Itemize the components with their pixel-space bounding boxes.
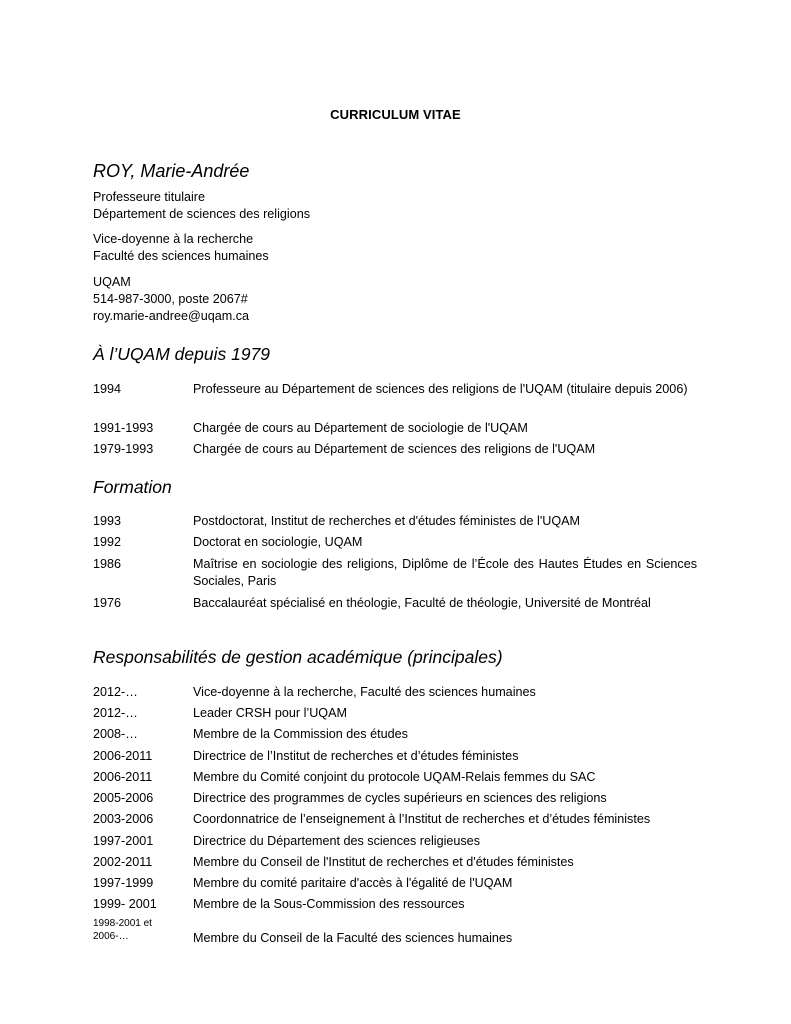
entry-text: Coordonnatrice de l’enseignement à l’Ins… bbox=[193, 811, 697, 828]
cv-page: CURRICULUM VITAE ROY, Marie-Andrée Profe… bbox=[0, 0, 791, 1024]
section-heading-uqam: À l’UQAM depuis 1979 bbox=[93, 344, 270, 365]
entry-year: 1992 bbox=[93, 534, 191, 551]
institution: UQAM bbox=[93, 274, 249, 291]
admin-role-title: Vice-doyenne à la recherche bbox=[93, 231, 269, 248]
entry-text: Directrice des programmes de cycles supé… bbox=[193, 790, 697, 807]
entry-year: 2012-… bbox=[93, 705, 191, 722]
entry-text: Membre du Conseil de l'Institut de reche… bbox=[193, 854, 697, 871]
entry-text: Professeure au Département de sciences d… bbox=[193, 381, 697, 398]
person-name: ROY, Marie-Andrée bbox=[93, 161, 249, 182]
document-title: CURRICULUM VITAE bbox=[0, 107, 791, 122]
entry-year: 1976 bbox=[93, 595, 191, 612]
entry-text: Membre du Comité conjoint du protocole U… bbox=[193, 769, 697, 786]
section-heading-responsabilites: Responsabilités de gestion académique (p… bbox=[93, 647, 503, 668]
entry-text: Directrice de l’Institut de recherches e… bbox=[193, 748, 697, 765]
entry-year: 1994 bbox=[93, 381, 191, 398]
entry-text: Directrice du Département des sciences r… bbox=[193, 833, 697, 850]
entry-text: Chargée de cours au Département de scien… bbox=[193, 441, 697, 458]
entry-year: 1991-1993 bbox=[93, 420, 191, 437]
entry-row: 1998-2001 et 2006-… Membre du Conseil de… bbox=[93, 917, 697, 947]
entry-text: Membre du Conseil de la Faculté des scie… bbox=[193, 930, 697, 947]
entry-year: 1993 bbox=[93, 513, 191, 530]
entry-year: 1979-1993 bbox=[93, 441, 191, 458]
entry-year: 2002-2011 bbox=[93, 854, 191, 871]
entry-year: 2005-2006 bbox=[93, 790, 191, 807]
entry-text: Leader CRSH pour l’UQAM bbox=[193, 705, 697, 722]
entry-year-line2: 2006-… bbox=[93, 930, 191, 943]
position-block: Professeure titulaire Département de sci… bbox=[93, 189, 310, 223]
entry-text: Membre du comité paritaire d'accès à l'é… bbox=[193, 875, 697, 892]
position-title: Professeure titulaire bbox=[93, 189, 310, 206]
entry-year: 2006-2011 bbox=[93, 769, 191, 786]
entry-text: Chargée de cours au Département de socio… bbox=[193, 420, 697, 437]
department: Département de sciences des religions bbox=[93, 206, 310, 223]
entry-year: 1999- 2001 bbox=[93, 896, 191, 913]
faculty: Faculté des sciences humaines bbox=[93, 248, 269, 265]
entry-year: 1998-2001 et 2006-… bbox=[93, 917, 191, 943]
email: roy.marie-andree@uqam.ca bbox=[93, 308, 249, 325]
entry-year: 1997-2001 bbox=[93, 833, 191, 850]
entry-text: Postdoctorat, Institut de recherches et … bbox=[193, 513, 697, 530]
phone: 514-987-3000, poste 2067# bbox=[93, 291, 249, 308]
admin-role-block: Vice-doyenne à la recherche Faculté des … bbox=[93, 231, 269, 265]
section-heading-formation: Formation bbox=[93, 477, 172, 498]
entry-year: 1997-1999 bbox=[93, 875, 191, 892]
entry-year: 2012-… bbox=[93, 684, 191, 701]
entry-text: Maîtrise en sociologie des religions, Di… bbox=[193, 556, 697, 590]
entry-text: Membre de la Commission des études bbox=[193, 726, 697, 743]
entry-year: 2003-2006 bbox=[93, 811, 191, 828]
entry-year: 2008-… bbox=[93, 726, 191, 743]
entry-text: Baccalauréat spécialisé en théologie, Fa… bbox=[193, 595, 697, 612]
entry-text: Membre de la Sous-Commission des ressour… bbox=[193, 896, 697, 913]
entry-year: 1986 bbox=[93, 556, 191, 573]
entry-year-line1: 1998-2001 et bbox=[93, 917, 191, 930]
entry-text: Doctorat en sociologie, UQAM bbox=[193, 534, 697, 551]
entry-year: 2006-2011 bbox=[93, 748, 191, 765]
contact-block: UQAM 514-987-3000, poste 2067# roy.marie… bbox=[93, 274, 249, 325]
entry-text: Vice-doyenne à la recherche, Faculté des… bbox=[193, 684, 697, 701]
